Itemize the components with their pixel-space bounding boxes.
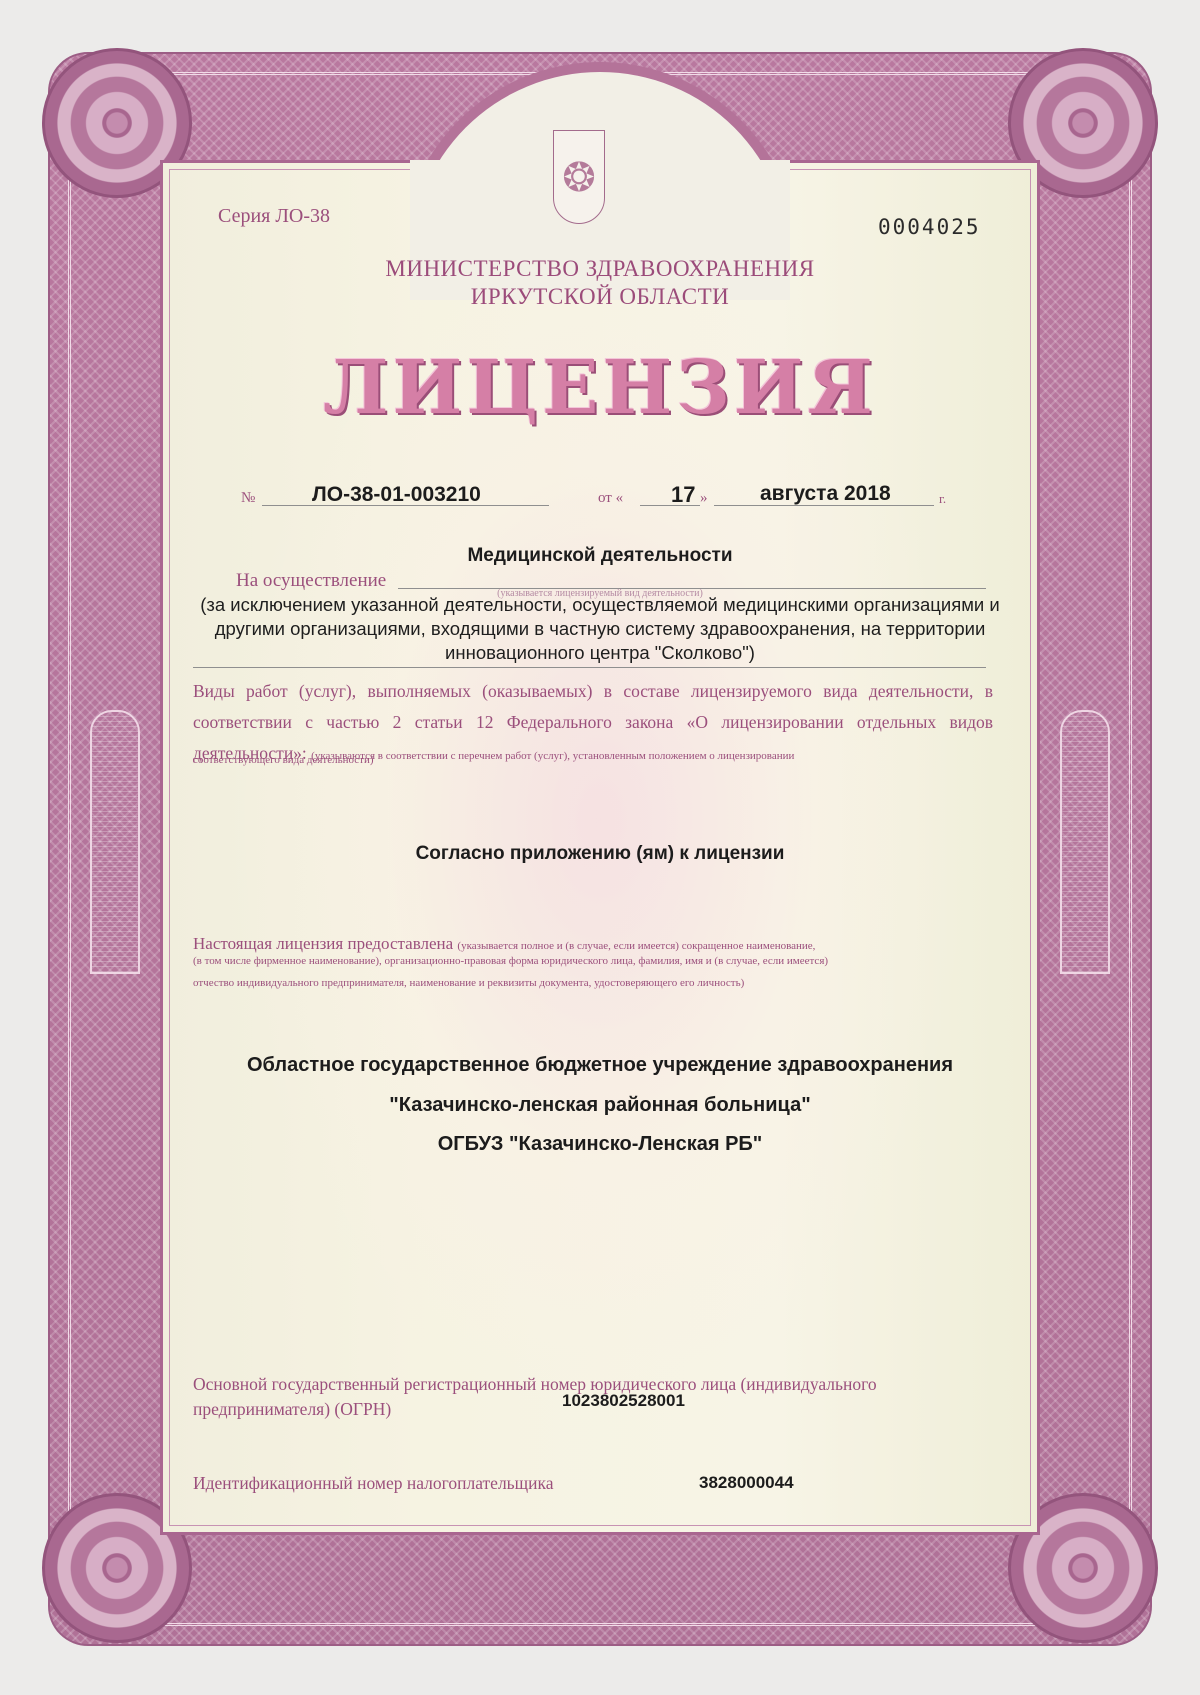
licensee-name-line-1: Областное государственное бюджетное учре…	[0, 1054, 1200, 1077]
works-value: Согласно приложению (ям) к лицензии	[0, 843, 1200, 865]
ogrn-value: 1023802528001	[562, 1391, 685, 1411]
number-label: №	[241, 490, 255, 507]
issuer-line-1: МИНИСТЕРСТВО ЗДРАВООХРАНЕНИЯ	[0, 256, 1200, 282]
license-day: 17	[671, 482, 695, 508]
form-number: 0004025	[878, 215, 981, 239]
works-note: (указываются в соответствии с перечнем р…	[311, 750, 794, 762]
form-series: Серия ЛО-38	[218, 205, 330, 228]
side-ornament	[90, 710, 140, 974]
licensee-short-name: ОГБУЗ "Казачинско-Ленская РБ"	[0, 1133, 1200, 1156]
license-month-year: августа 2018	[760, 482, 891, 506]
licensee-name-line-2: "Казачинско-ленская районная больница"	[0, 1094, 1200, 1117]
inn-label: Идентификационный номер налогоплательщик…	[193, 1473, 554, 1494]
licensee-label: Настоящая лицензия предоставлена (указыв…	[193, 933, 993, 957]
document-title: ЛИЦЕНЗИЯ	[0, 345, 1200, 431]
day-close-quote: »	[700, 490, 708, 507]
side-ornament	[1060, 710, 1110, 974]
date-from-label: от «	[598, 490, 623, 507]
license-number: ЛО-38-01-003210	[312, 483, 481, 507]
issuer-line-2: ИРКУТСКОЙ ОБЛАСТИ	[0, 284, 1200, 310]
year-suffix: г.	[939, 491, 946, 507]
activity-type: Медицинской деятельности	[0, 545, 1200, 567]
licensee-note-3: отчество индивидуального предпринимателя…	[193, 977, 744, 989]
activity-details-underline	[193, 667, 986, 668]
licensee-note-1: (указывается полное и (в случае, если им…	[457, 940, 815, 952]
works-note-2: соответствующего вида деятельности)	[193, 754, 374, 766]
licensee-note-2: (в том числе фирменное наименование), ор…	[193, 955, 993, 967]
licensee-label-text: Настоящая лицензия предоставлена	[193, 934, 453, 953]
activity-details: (за исключением указанной деятельности, …	[168, 593, 1032, 665]
inn-value: 3828000044	[699, 1473, 794, 1493]
coat-of-arms-icon: ❂	[553, 130, 605, 224]
